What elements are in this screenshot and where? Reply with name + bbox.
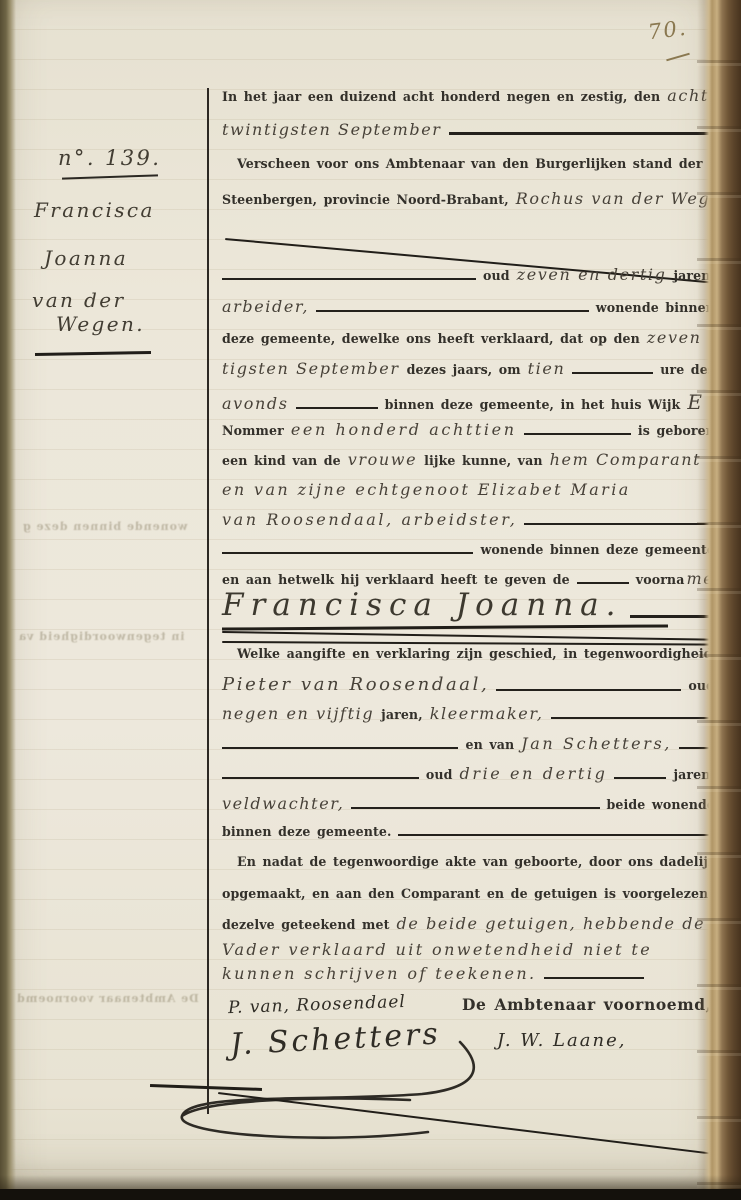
folio-number: 70. [647, 16, 689, 45]
act-line-child-name: Francisca Joanna. [222, 590, 715, 621]
printed-text: Nommer [222, 425, 284, 438]
handwritten-text: veldwachter, [222, 796, 344, 812]
ruled-blank [449, 132, 715, 135]
printed-text: oud [426, 769, 453, 782]
ruled-blank [222, 552, 473, 554]
printed-text: Welke aangifte en verklaring zijn geschi… [237, 648, 741, 661]
ruled-blank [551, 717, 715, 719]
printed-text: een kind van de [222, 455, 341, 468]
book-edge-left [0, 0, 16, 1200]
handwritten-text: drie en dertig [460, 766, 608, 782]
handwritten-child-name: Francisca Joanna. [222, 590, 623, 621]
ruled-blank [577, 582, 629, 584]
ruled-blank [524, 523, 715, 525]
margin-child-name: Wegen. [56, 312, 145, 336]
bleed-through-text: in tegenwoordigheid va [18, 630, 185, 643]
act-line: Nommer een honderd achttien is geboren [222, 422, 715, 438]
handwritten-text: vrouwe [348, 452, 417, 468]
printed-text: oud [483, 270, 510, 283]
handwritten-text: tien [528, 361, 566, 377]
ruled-blank [316, 310, 589, 312]
act-line: Pieter van Roosendaal, oud [222, 676, 715, 694]
ruled-blank [524, 433, 631, 435]
printed-text: en aan hetwelk hij verklaard heeft te ge… [222, 574, 570, 587]
act-line: opgemaakt, en aan den Comparant en de ge… [222, 888, 715, 901]
handwritten-text: kleermaker, [430, 706, 544, 722]
handwritten-text: arbeider, [222, 299, 309, 315]
act-line: twintigsten September [222, 122, 715, 138]
handwritten-text: de beide getuigen, hebbende de [396, 916, 705, 932]
printed-text: jaren, [381, 709, 423, 722]
handwritten-text: Pieter van Roosendaal, [222, 676, 489, 694]
ruled-blank [222, 278, 476, 280]
printed-text: dezelve geteekend met [222, 919, 389, 932]
ruled-blank [614, 777, 666, 779]
book-binding-right [697, 0, 741, 1200]
act-line: Verscheen voor ons Ambtenaar van den Bur… [222, 158, 715, 171]
ruled-blank [351, 807, 599, 809]
photographed-register-page: wonende binnen deze g in tegenwoordighei… [0, 0, 741, 1200]
handwritten-text: avonds [222, 396, 289, 412]
handwritten-text: zeven en dertig [517, 267, 667, 283]
act-line: tigsten September dezes jaars, om tien u… [222, 361, 715, 377]
act-line: en van zijne echtgenoot Elizabet Maria [222, 482, 715, 498]
act-line: van Roosendaal, arbeidster, [222, 512, 715, 528]
act-line: deze gemeente, dewelke ons heeft verklaa… [222, 330, 715, 346]
act-line: en aan hetwelk hij verklaard heeft te ge… [222, 571, 715, 587]
printed-text: dezes jaars, om [407, 364, 521, 377]
printed-text: Steenbergen, provincie Noord-Brabant, [222, 194, 509, 207]
printed-text: binnen deze gemeente, in het huis Wijk [385, 399, 681, 412]
printed-text: binnen deze gemeente. [222, 826, 391, 839]
act-line: dezelve geteekend met de beide getuigen,… [222, 916, 715, 932]
handwritten-text: twintigsten September [222, 122, 442, 138]
act-line: avonds binnen deze gemeente, in het huis… [222, 392, 715, 412]
act-line: Vader verklaard uit onwetendheid niet te [222, 942, 715, 958]
printed-text: voorna [636, 574, 685, 587]
handwritten-text: een honderd achttien [291, 422, 517, 438]
act-line: veldwachter, beide wonende [222, 796, 715, 812]
photo-edge-bottom [0, 1189, 741, 1200]
act-line: Welke aangifte en verklaring zijn geschi… [222, 648, 715, 661]
bleed-through-text: De Ambtenaar voornoemd [16, 992, 199, 1005]
handwritten-text: Vader verklaard uit onwetendheid niet te [222, 942, 652, 958]
act-line: En nadat de tegenwoordige akte van geboo… [222, 856, 715, 869]
act-line: binnen deze gemeente. [222, 826, 715, 839]
margin-child-name: Francisca [34, 198, 155, 222]
official-title: De Ambtenaar voornoemd, [462, 997, 712, 1013]
handwritten-text: kunnen schrijven of teekenen. [222, 966, 537, 982]
official-signature: J. W. Laane, [497, 1030, 626, 1051]
act-line: oud drie en dertig jaren, [222, 766, 715, 782]
act-line: wonende binnen deze gemeente [222, 544, 715, 557]
printed-text: deze gemeente, dewelke ons heeft verklaa… [222, 333, 640, 346]
act-line: en van Jan Schetters, [222, 736, 715, 752]
handwritten-text: tigsten September [222, 361, 400, 377]
printed-text: lijke kunne, van [424, 455, 542, 468]
handwritten-text: hem Comparant [550, 452, 702, 468]
ruled-blank [572, 372, 653, 374]
ruled-blank [544, 977, 644, 979]
handwritten-text: en van zijne echtgenoot Elizabet Maria [222, 482, 631, 498]
act-line: een kind van de vrouwe lijke kunne, van … [222, 452, 715, 468]
act-line: In het jaar een duizend acht honderd neg… [222, 88, 715, 104]
ruled-blank [222, 777, 419, 779]
act-line: oud zeven en dertig jaren, [222, 267, 715, 283]
act-line: Steenbergen, provincie Noord-Brabant, Ro… [222, 191, 715, 207]
act-line: kunnen schrijven of teekenen. [222, 966, 715, 982]
printed-text: Verscheen voor ons Ambtenaar van den Bur… [237, 158, 741, 171]
margin-child-name: van der [32, 288, 125, 312]
ruled-blank [398, 834, 715, 836]
act-line: negen en vijftig jaren, kleermaker, [222, 706, 715, 722]
ruled-blank [496, 689, 681, 691]
margin-rule [207, 88, 209, 1114]
handwritten-text: van Roosendaal, arbeidster, [222, 512, 517, 528]
act-line: arbeider, wonende binnen [222, 299, 715, 315]
bleed-through-text: wonende binnen deze g [22, 520, 187, 533]
handwritten-text: Jan Schetters, [521, 736, 672, 752]
signature-flourish [160, 1040, 510, 1160]
margin-child-name: Joanna [44, 246, 128, 270]
printed-text: wonende binnen deze gemeente [480, 544, 715, 557]
handwritten-text: negen en vijftig [222, 706, 374, 722]
ruled-blank [222, 747, 458, 749]
ruled-blank [296, 407, 378, 409]
printed-text: en van [465, 739, 514, 752]
printed-text: In het jaar een duizend acht honderd neg… [222, 91, 660, 104]
printed-text: opgemaakt, en aan den Comparant en de ge… [222, 888, 741, 901]
act-number: n°. 139. [58, 146, 161, 170]
printed-text: En nadat de tegenwoordige akte van geboo… [237, 856, 741, 869]
